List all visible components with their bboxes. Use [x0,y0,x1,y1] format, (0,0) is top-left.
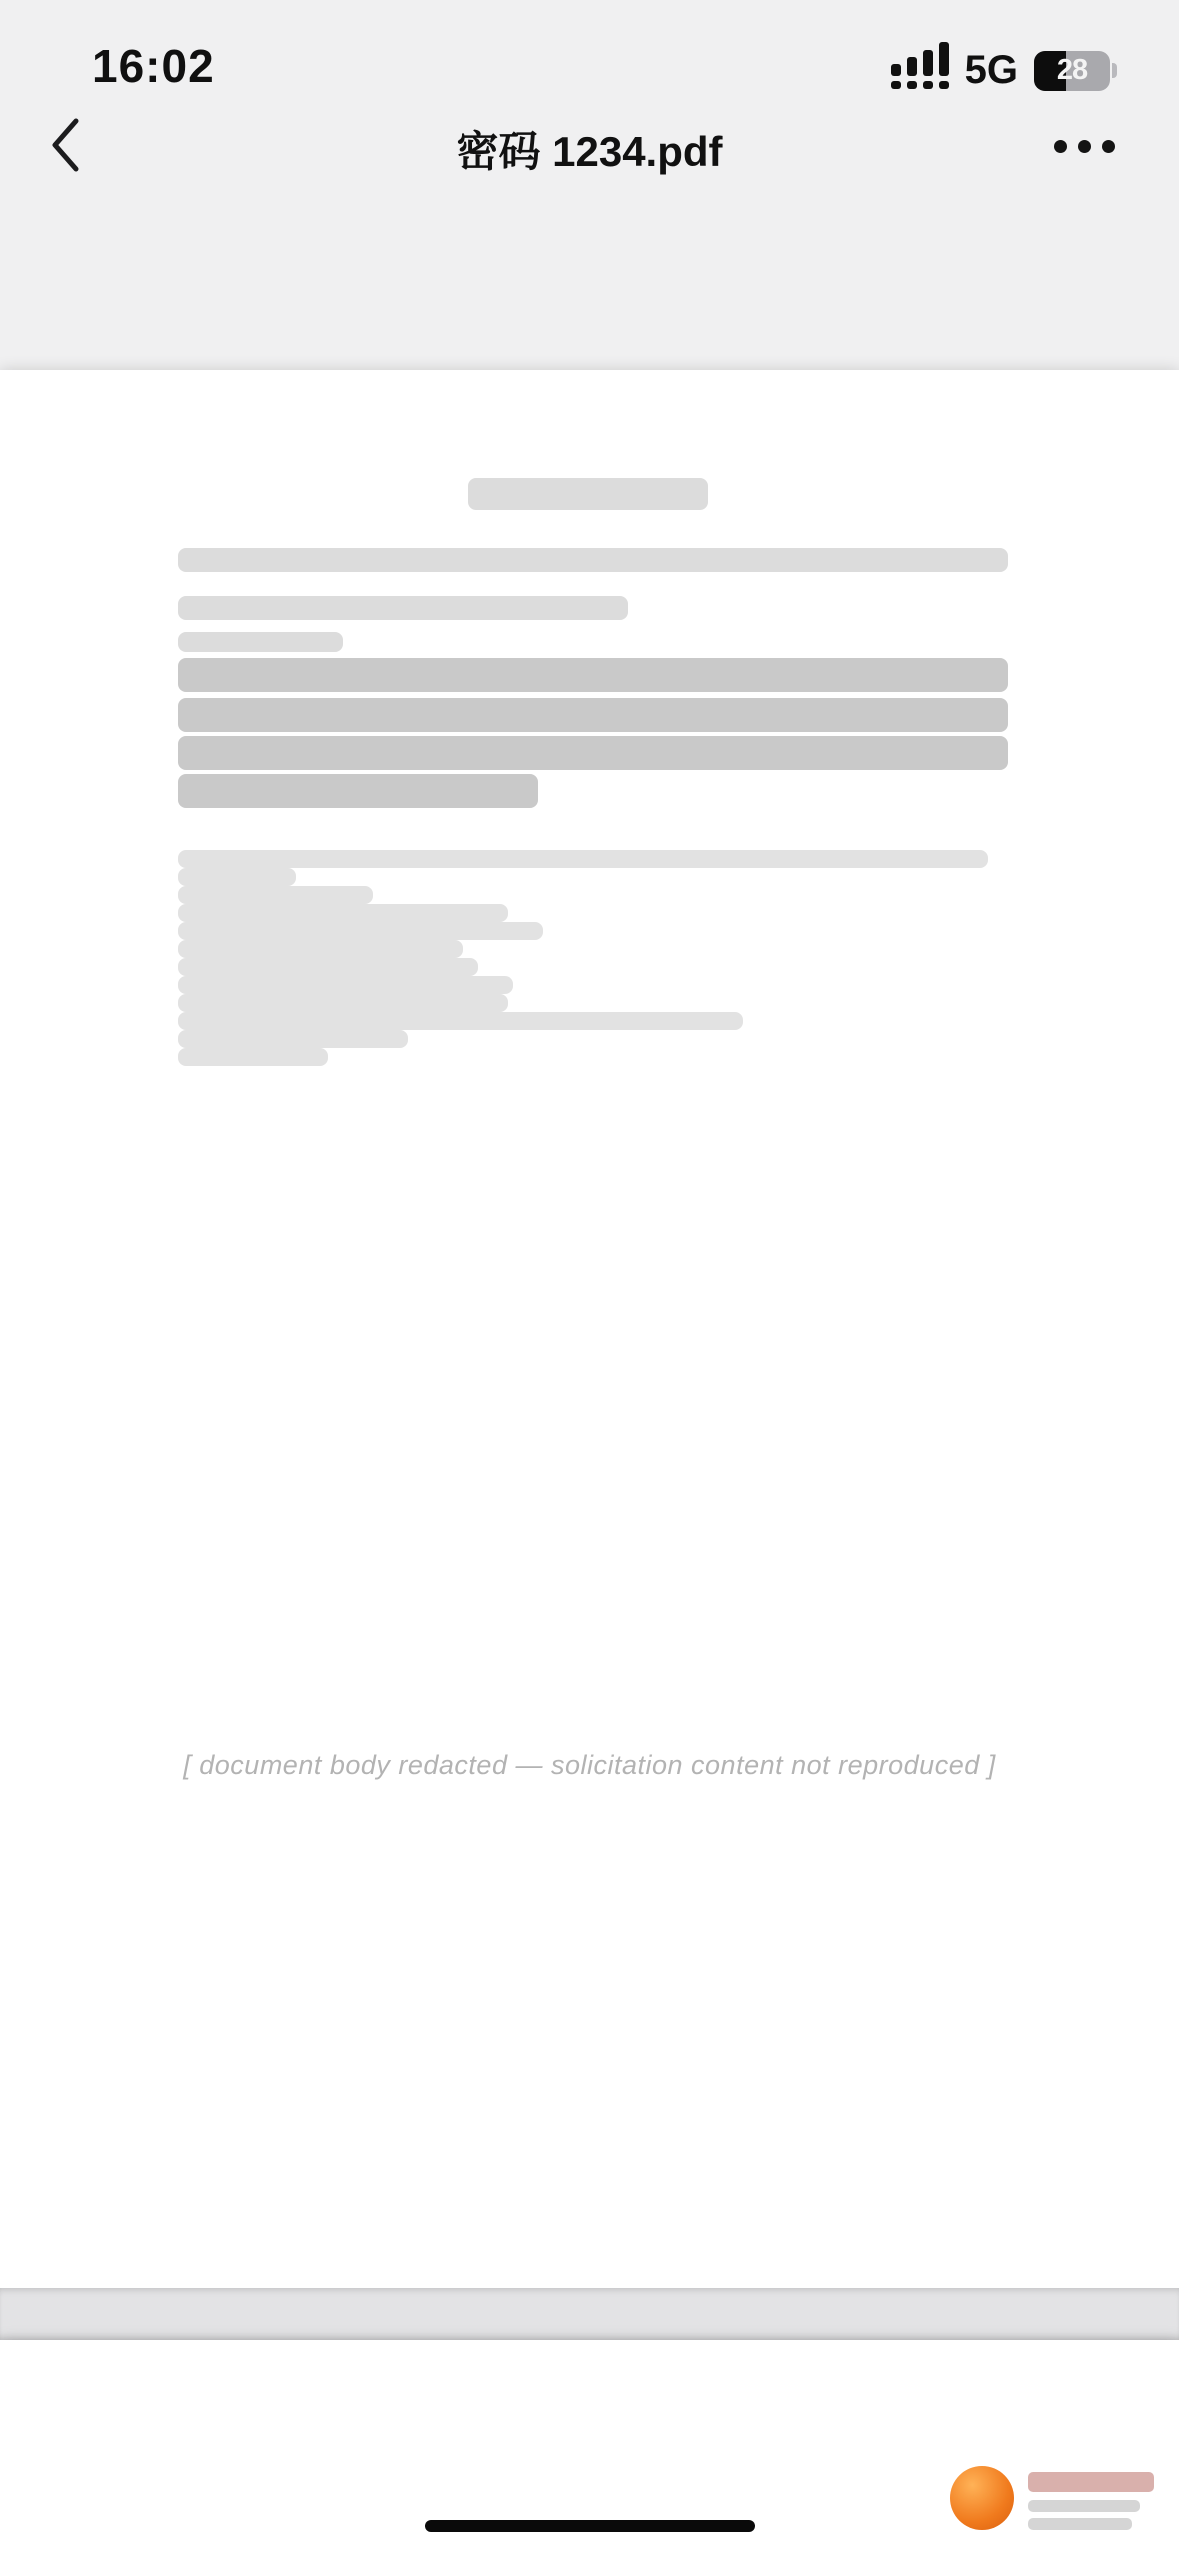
ellipsis-icon [1054,140,1067,153]
battery-cap [1112,63,1117,78]
redacted-text-line [178,596,628,620]
nav-bar: 密码 1234.pdf [0,105,1179,187]
clock-label: 16:02 [92,39,215,93]
battery-icon: 28 [1034,51,1110,91]
redacted-text-line [178,922,543,940]
network-type-label: 5G [965,48,1018,93]
document-title: 密码 1234.pdf [0,119,1179,179]
redacted-text-line [178,904,508,922]
redacted-text-line [178,736,1008,770]
battery-percent-label: 28 [1034,51,1110,91]
pdf-scroll-area[interactable]: [ document body redacted — solicitation … [0,187,1179,2556]
redaction-notice: [ document body redacted — solicitation … [0,1750,1179,1781]
redacted-watermark-url [1028,2518,1132,2530]
status-bar: 16:02 5G 28 [0,0,1179,105]
more-options-button[interactable] [1029,115,1139,177]
redacted-text-line [178,940,463,958]
redacted-text-line [178,958,478,976]
redacted-text-line [178,868,296,886]
redacted-text-line [178,850,988,868]
redacted-text-line [178,994,508,1012]
iphone-screen: 16:02 5G 28 [0,0,1179,2556]
redacted-text-line [178,658,1008,692]
redacted-watermark-contact [1028,2500,1140,2512]
home-indicator[interactable] [425,2520,755,2532]
redacted-watermark-title [1028,2472,1154,2492]
redacted-heading [468,478,708,510]
redacted-text-line [178,1012,743,1030]
redacted-text-line [178,774,538,808]
redacted-text-line [178,632,343,652]
redacted-text-line [178,548,1008,572]
watermark-logo [950,2466,1014,2530]
redacted-text-line [178,698,1008,732]
page-separator [0,2288,1179,2340]
status-icons: 5G 28 [891,48,1117,93]
redacted-text-line [178,1030,408,1048]
redacted-text-line [178,886,373,904]
pdf-page-1: [ document body redacted — solicitation … [0,370,1179,2288]
redacted-text-line [178,1048,328,1066]
cellular-signal-icon [891,53,949,89]
redacted-text-line [178,976,513,994]
